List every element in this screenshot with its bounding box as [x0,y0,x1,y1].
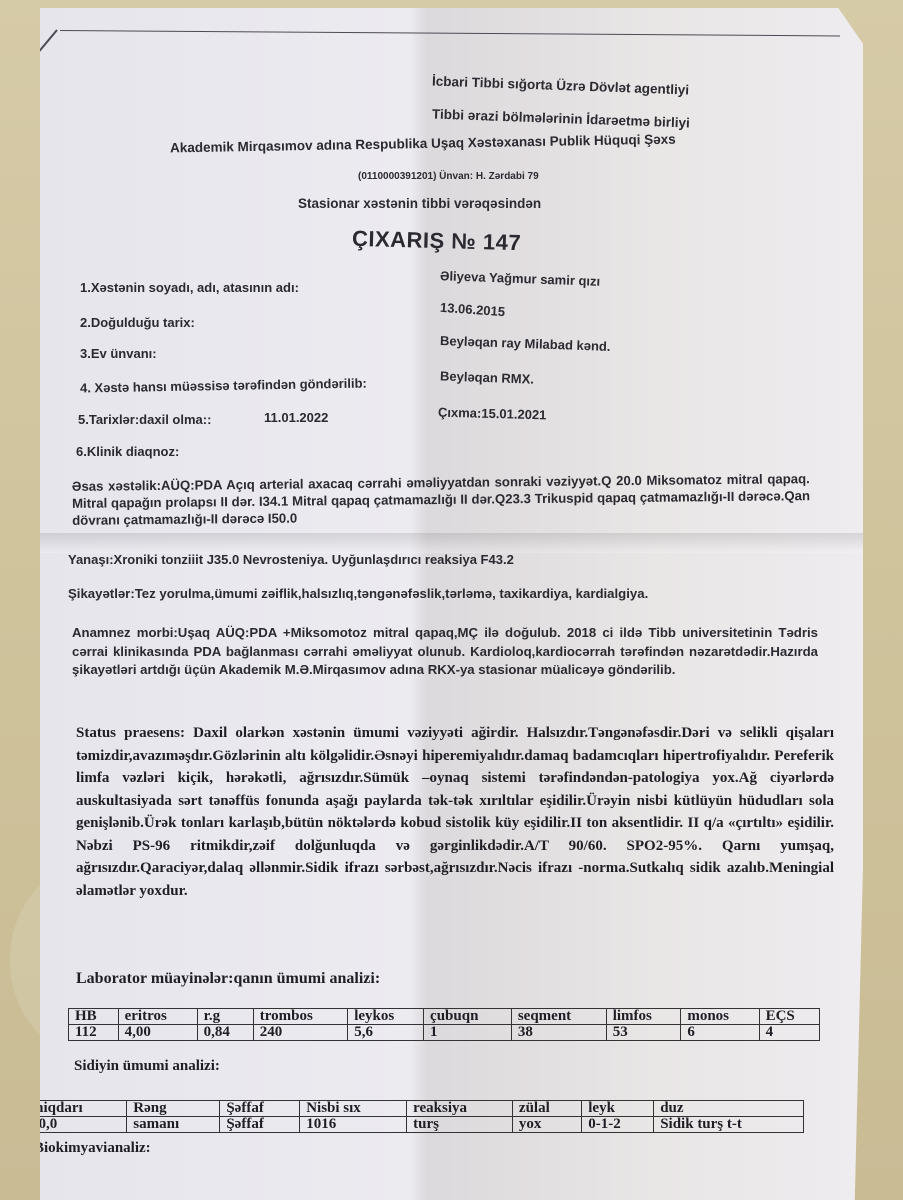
table-value-cell: 112 [69,1025,119,1041]
table-value-cell: 6 [681,1025,759,1041]
table-value-cell: 38 [511,1025,606,1041]
admission-date: 11.01.2022 [264,410,328,425]
table-value-cell: Sidik turş t-t [654,1117,804,1133]
table-header-cell: r.g [197,1009,253,1025]
table-header-cell: limfos [606,1009,681,1025]
table-value-cell: 0,84 [197,1025,253,1041]
diagnosis-main: Əsas xəstəlik:AÜQ:PDA Açıq arterial axac… [72,470,810,529]
table-value-cell: 53 [606,1025,681,1041]
table-value-cell: yox [512,1117,581,1133]
diagnosis-label: 6.Klinik diaqnoz: [76,444,179,459]
field-value-birthdate: 13.06.2015 [440,300,506,320]
blood-header-row: HBeritrosr.gtrombosleykosçubuqnseqmentli… [69,1009,820,1025]
table-header-cell: Nisbi sıx [300,1101,407,1117]
agency-line-2: Tibbi ərazi bölmələrinin İdarəetmə birli… [432,107,690,131]
complaints: Şikayətlər:Tez yorulma,ümumi zəiflik,hal… [68,585,798,602]
document-title: ÇIXARIŞ № 147 [352,226,522,256]
blood-value-row: 1124,000,842405,61385364 [69,1025,820,1041]
urine-analysis-table: miqdarıRəngŞəffafNisbi sıxreaksiyazülall… [24,1100,804,1133]
table-header-cell: Şəffaf [220,1101,300,1117]
table-header-cell: seqment [511,1009,606,1025]
biochem-title: Biokimyavianaliz: [34,1140,151,1157]
table-header-cell: zülal [512,1101,581,1117]
anamnesis: Anamnez morbi:Uşaq AÜQ:PDA +Miksomotoz m… [72,624,818,680]
table-value-cell: 4 [759,1025,819,1041]
field-value-name: Əliyeva Yağmur samir qızı [440,268,601,289]
table-value-cell: 50,0 [25,1117,127,1133]
table-header-cell: reaksiya [407,1101,513,1117]
table-header-cell: EÇS [759,1009,819,1025]
table-value-cell: 5,6 [348,1025,424,1041]
table-header-cell: HB [69,1009,119,1025]
table-value-cell: 1 [424,1025,512,1041]
table-value-cell: samanı [127,1117,220,1133]
lab-title: Laborator müayinələr:qanın ümumi analizi… [76,970,380,988]
urine-header-row: miqdarıRəngŞəffafNisbi sıxreaksiyazülall… [25,1101,804,1117]
table-value-cell: 0-1-2 [582,1117,654,1133]
field-value-referrer: Beyləqan RMX. [440,368,534,386]
field-label-birthdate: 2.Doğulduğu tarix: [80,315,195,330]
table-header-cell: leyk [582,1101,654,1117]
table-header-cell: miqdarı [25,1101,127,1117]
hospital-address: (0110000391201) Ünvan: H. Zərdabi 79 [358,171,539,182]
agency-line-1: İcbari Tibbi sığorta Üzrə Dövlət agentli… [432,74,689,98]
table-header-cell: trombos [253,1009,348,1025]
pen-mark-tick [38,29,58,52]
table-header-cell: Rəng [127,1101,220,1117]
discharge-date: Çıxma:15.01.2021 [438,405,547,423]
blood-analysis-table: HBeritrosr.gtrombosleykosçubuqnseqmentli… [68,1008,820,1041]
hospital-name: Akademik Mirqasımov adına Respublika Uşa… [170,132,676,156]
document-subtitle: Stasionar xəstənin tibbi vərəqəsindən [298,196,541,211]
field-value-address: Beyləqan ray Milabad kənd. [440,333,611,354]
paper-fold [40,533,863,553]
table-value-cell: Şəffaf [220,1117,300,1133]
dates-label: 5.Tarixlər:daxil olma:: [78,412,211,427]
table-header-cell: çubuqn [424,1009,512,1025]
table-value-cell: turş [407,1117,513,1133]
table-header-cell: leykos [348,1009,424,1025]
table-value-cell: 1016 [300,1117,407,1133]
diagnosis-secondary: Yanaşı:Xroniki tonziiit J35.0 Nevrosteni… [68,552,514,567]
document-sheet: İcbari Tibbi sığorta Üzrə Dövlət agentli… [40,8,863,1200]
table-header-cell: eritros [118,1009,197,1025]
field-label-referrer: 4. Xəstə hansı müəssisə tərəfindən göndə… [80,375,367,395]
table-value-cell: 240 [253,1025,348,1041]
table-value-cell: 4,00 [118,1025,197,1041]
pen-mark [60,30,840,46]
urine-value-row: 50,0samanıŞəffaf1016turşyox0-1-2Sidik tu… [25,1117,804,1133]
status-praesens: Status praesens: Daxil olarkən xəstənin … [76,722,834,902]
urine-title: Sidiyin ümumi analizi: [74,1058,220,1075]
table-header-cell: duz [654,1101,804,1117]
field-label-address: 3.Ev ünvanı: [80,346,157,361]
table-header-cell: monos [681,1009,759,1025]
field-label-name: 1.Xəstənin soyadı, adı, atasının adı: [80,280,299,295]
